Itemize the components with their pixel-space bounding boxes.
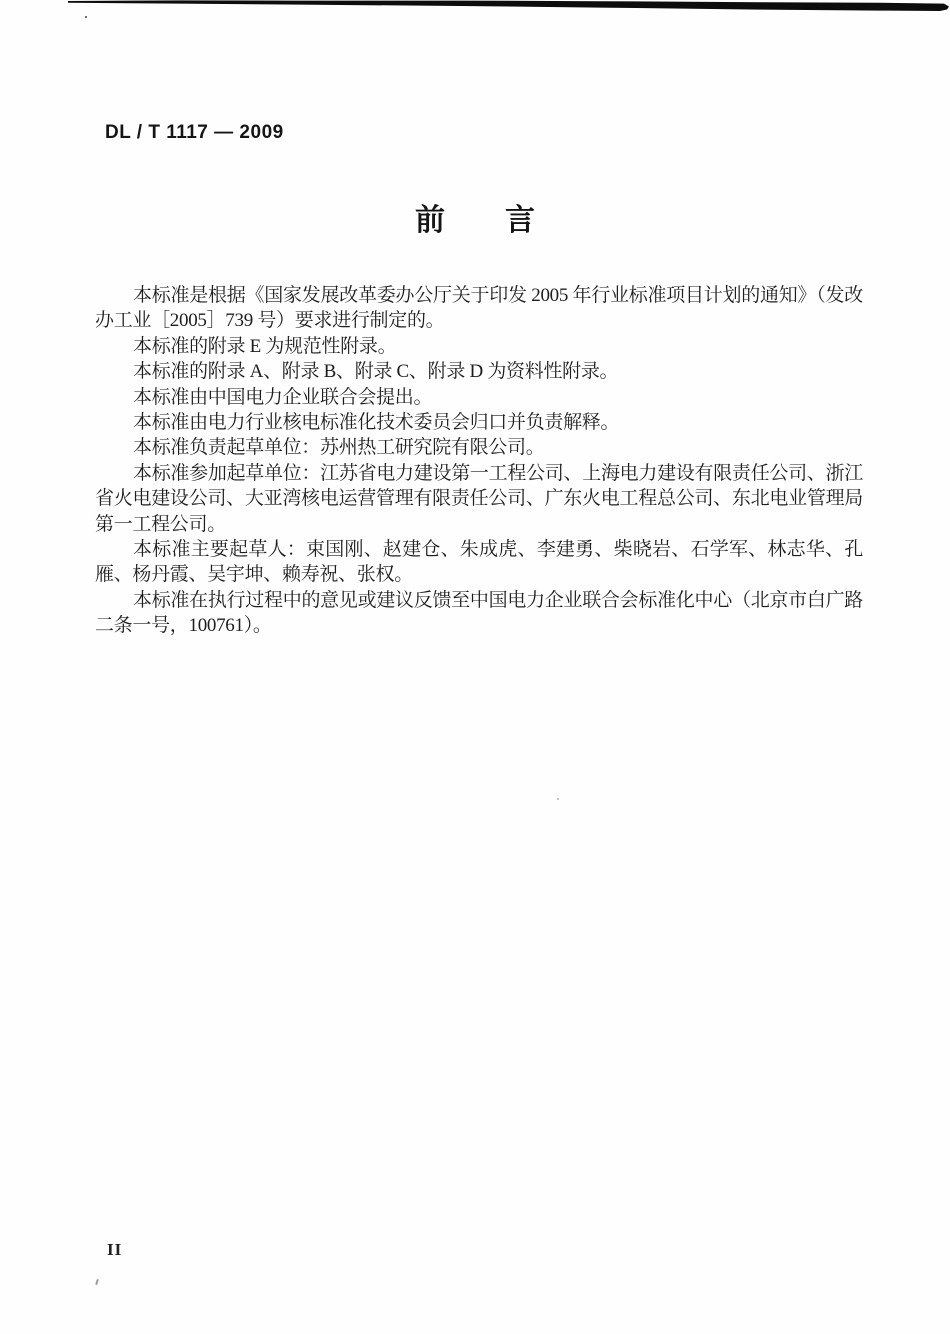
scan-speck-middle bbox=[557, 798, 559, 800]
paragraph-centralized-by: 本标准由电力行业核电标准化技术委员会归口并负责解释。 bbox=[95, 410, 863, 435]
paragraph-normative-annex: 本标准的附录 E 为规范性附录。 bbox=[95, 334, 863, 359]
paragraph-proposed-by: 本标准由中国电力企业联合会提出。 bbox=[95, 385, 863, 410]
foreword-body: 本标准是根据《国家发展改革委办公厅关于印发 2005 年行业标准项目计划的通知》… bbox=[95, 283, 863, 639]
page-title-foreword: 前 言 bbox=[0, 204, 950, 238]
scan-speck-top bbox=[85, 16, 87, 18]
paragraph-feedback-address: 本标准在执行过程中的意见或建议反馈至中国电力企业联合会标准化中心（北京市白广路二… bbox=[95, 588, 863, 639]
paragraph-basis: 本标准是根据《国家发展改革委办公厅关于印发 2005 年行业标准项目计划的通知》… bbox=[95, 283, 863, 334]
standard-code-header: DL / T 1117 — 2009 bbox=[105, 122, 284, 144]
scanned-document-page: DL / T 1117 — 2009 前 言 本标准是根据《国家发展改革委办公厅… bbox=[0, 0, 950, 1334]
paragraph-chief-drafting-org: 本标准负责起草单位：苏州热工研究院有限公司。 bbox=[95, 435, 863, 460]
page-number: II bbox=[107, 1240, 122, 1260]
scan-speck-bottom bbox=[95, 1279, 99, 1285]
paragraph-informative-annex: 本标准的附录 A、附录 B、附录 C、附录 D 为资料性附录。 bbox=[95, 359, 863, 384]
paragraph-chief-drafters: 本标准主要起草人：束国刚、赵建仓、朱成虎、李建勇、柴晓岩、石学军、林志华、孔雁、… bbox=[95, 537, 863, 588]
paragraph-participating-orgs: 本标准参加起草单位：江苏省电力建设第一工程公司、上海电力建设有限责任公司、浙江省… bbox=[95, 461, 863, 537]
scan-artifact-top-edge bbox=[0, 0, 950, 14]
